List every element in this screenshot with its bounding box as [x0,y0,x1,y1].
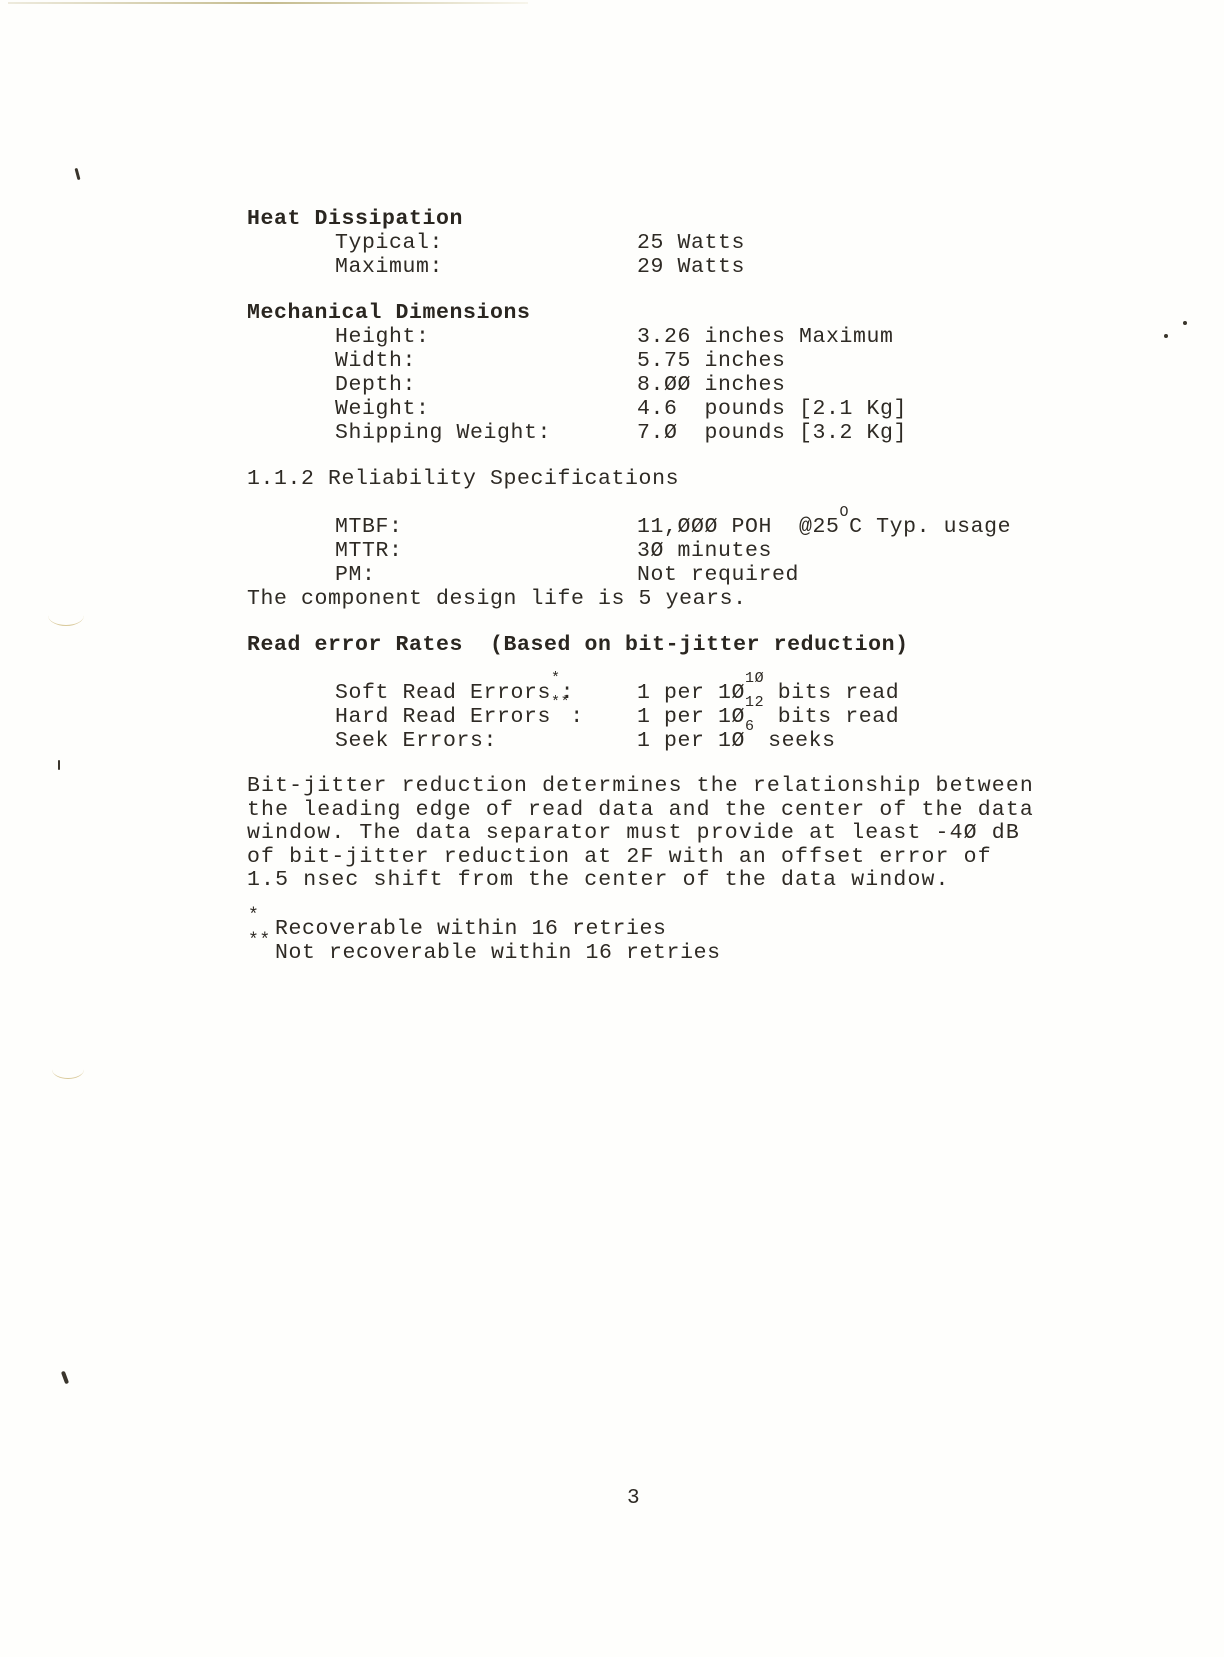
mtbf-value-text: 11,ØØØ POH @25 [637,515,840,539]
rate-text: 1 per 1Ø [637,705,745,729]
footnote-text: Not recoverable within 16 retries [275,941,721,965]
spec-value: 8.ØØ inches [637,373,786,397]
design-life-text: The component design life is 5 years. [247,587,747,611]
spec-value: 4.6 pounds [2.1 Kg] [637,397,907,421]
rate-unit: bits read [764,681,899,705]
spec-label: Depth: [335,373,416,397]
hard-read-errors-label: Hard Read Errors [335,705,551,729]
document-page: Heat Dissipation Typical: 25 Watts Maxim… [0,0,1224,1657]
spec-value: 3.26 inches Maximum [637,325,894,349]
read-error-rates-heading: Read error Rates (Based on bit-jitter re… [247,633,909,657]
spec-value: 1 per 1Ø12 bits read [637,705,899,729]
footnote-marker: * [551,670,561,687]
spec-value: 1 per 1Ø1Ø bits read [637,681,899,705]
spec-label: Soft Read Errors*: [335,681,574,705]
paragraph-line: of bit-jitter reduction at 2F with an of… [247,846,1067,870]
bit-jitter-paragraph: Bit-jitter reduction determines the rela… [247,775,1067,893]
spec-label: Weight: [335,397,430,421]
spec-value: 11,ØØØ POH @25OC Typ. usage [637,515,1011,539]
spec-label: Seek Errors: [335,729,497,753]
exponent: 1Ø [745,670,764,687]
mtbf-value-suffix: C Typ. usage [849,515,1011,539]
rate-unit: seeks [755,729,836,753]
spec-value: 29 Watts [637,255,745,279]
degree-symbol: O [840,504,850,521]
spec-value: 1 per 1Ø6 seeks [637,729,836,753]
spec-value: Not required [637,563,799,587]
spec-label: MTTR: [335,539,403,563]
exponent: 12 [745,694,764,711]
soft-read-errors-label: Soft Read Errors [335,681,551,705]
spec-label: Width: [335,349,416,373]
spec-label: Maximum: [335,255,443,279]
spec-label: Shipping Weight: [335,421,551,445]
rate-text: 1 per 1Ø [637,681,745,705]
mechanical-dimensions-heading: Mechanical Dimensions [247,301,531,325]
paragraph-line: the leading edge of read data and the ce… [247,799,1067,823]
footnote-text: Recoverable within 16 retries [275,917,667,941]
rate-text: 1 per 1Ø [637,729,745,753]
spec-label: MTBF: [335,515,403,539]
spec-value: 5.75 inches [637,349,786,373]
spec-label: Typical: [335,231,443,255]
spec-value: 3Ø minutes [637,539,772,563]
paragraph-line: window. The data separator must provide … [247,822,1067,846]
paragraph-line: 1.5 nsec shift from the center of the da… [247,869,1067,893]
spec-label: Hard Read Errors**: [335,705,584,729]
footnote-marker: ** [551,694,570,711]
spec-label: PM: [335,563,376,587]
footnote-marker: ** [248,932,271,950]
reliability-heading: 1.1.2 Reliability Specifications [247,467,679,491]
heat-dissipation-heading: Heat Dissipation [247,207,463,231]
rate-unit: bits read [764,705,899,729]
exponent: 6 [745,718,755,735]
paragraph-line: Bit-jitter reduction determines the rela… [247,775,1067,799]
page-number: 3 [627,1487,640,1510]
spec-value: 7.Ø pounds [3.2 Kg] [637,421,907,445]
spec-value: 25 Watts [637,231,745,255]
spec-label: Height: [335,325,430,349]
footnote-marker: * [248,907,259,925]
